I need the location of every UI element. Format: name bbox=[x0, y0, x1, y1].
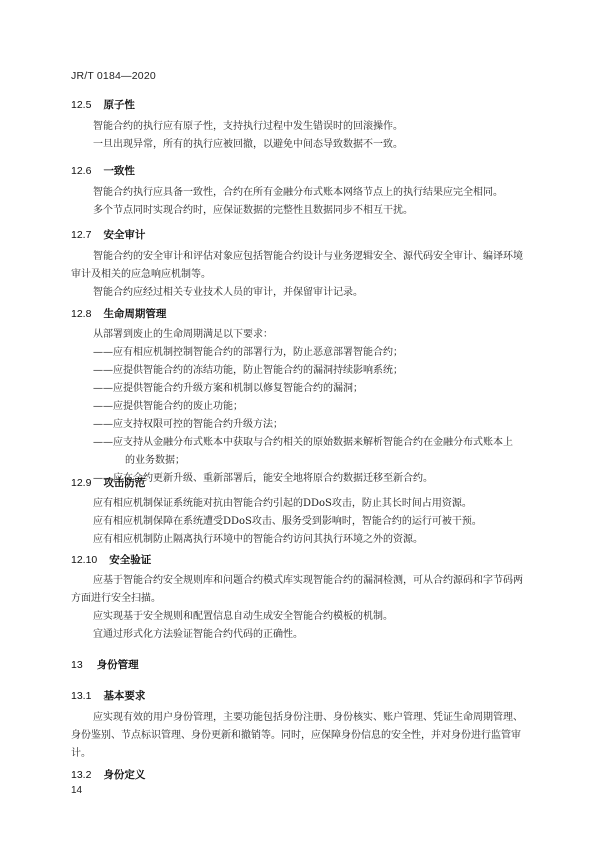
document-id-header: JR/T 0184—2020 bbox=[71, 70, 156, 82]
section-heading-13-1: 13.1基本要求 bbox=[71, 688, 145, 703]
list-item: ——应支持权限可控的智能合约升级方法； bbox=[71, 416, 533, 434]
list-item: ——应提供智能合约的废止功能； bbox=[71, 398, 533, 416]
paragraph-line: 应有相应机制保障在系统遭受DDoS攻击、服务受到影响时，智能合约的运行可被干预。 bbox=[71, 513, 533, 531]
section-title: 一致性 bbox=[103, 165, 135, 177]
section-heading-12-8: 12.8生命周期管理 bbox=[71, 306, 166, 321]
paragraph-line: 应有相应机制防止隔离执行环境中的智能合约访问其执行环境之外的资源。 bbox=[71, 531, 533, 549]
section-heading-12-5: 12.5原子性 bbox=[71, 97, 135, 112]
section-number: 12.6 bbox=[71, 165, 91, 177]
paragraph-line: 应有相应机制保证系统能对抗由智能合约引起的DDoS攻击，防止其长时间占用资源。 bbox=[71, 495, 533, 513]
section-title: 攻击防范 bbox=[103, 477, 145, 489]
list-item: ——应有相应机制控制智能合约的部署行为，防止恶意部署智能合约； bbox=[71, 344, 533, 362]
paragraph-line: 智能合约执行应具备一致性，合约在所有金融分布式账本网络节点上的执行结果应完全相同… bbox=[71, 184, 533, 202]
paragraph-line: 智能合约的执行应有原子性，支持执行过程中发生错误时的回滚操作。 bbox=[71, 118, 533, 136]
paragraph-line: 应基于智能合约安全规则库和问题合约模式库实现智能合约的漏洞检测，可从合约源码和字… bbox=[71, 572, 533, 590]
section-title: 身份定义 bbox=[103, 769, 145, 781]
document-page: JR/T 0184—2020 12.5原子性 智能合约的执行应有原子性，支持执行… bbox=[0, 0, 600, 849]
section-number: 12.10 bbox=[71, 554, 97, 566]
section-heading-12-10: 12.10安全验证 bbox=[71, 552, 151, 567]
section-number: 12.8 bbox=[71, 308, 91, 320]
paragraph-line: 一旦出现异常，所有的执行应被回撤，以避免中间态导致数据不一致。 bbox=[71, 136, 533, 154]
list-item: ——应支持从金融分布式账本中获取与合约相关的原始数据来解析智能合约在金融分布式账… bbox=[71, 434, 533, 452]
section-number: 13 bbox=[71, 659, 83, 671]
section-number: 12.7 bbox=[71, 229, 91, 241]
list-item: ——应提供智能合约的冻结功能，防止智能合约的漏洞持续影响系统； bbox=[71, 362, 533, 380]
paragraph-line: 身份鉴别、节点标识管理、身份更新和撤销等。同时，应保障身份信息的安全性，并对身份… bbox=[71, 727, 533, 745]
section-title: 安全验证 bbox=[109, 554, 151, 566]
section-body-12-10: 应基于智能合约安全规则库和问题合约模式库实现智能合约的漏洞检测，可从合约源码和字… bbox=[71, 572, 533, 644]
section-number: 13.2 bbox=[71, 769, 91, 781]
paragraph-line: 应实现有效的用户身份管理，主要功能包括身份注册、身份核实、账户管理、凭证生命周期… bbox=[71, 709, 533, 727]
paragraph-line: 从部署到废止的生命周期满足以下要求： bbox=[71, 326, 533, 344]
paragraph-line: 宜通过形式化方法验证智能合约代码的正确性。 bbox=[71, 626, 533, 644]
section-number: 12.5 bbox=[71, 99, 91, 111]
paragraph-line: 智能合约应经过相关专业技术人员的审计，并保留审计记录。 bbox=[71, 284, 533, 302]
paragraph-line: 计。 bbox=[71, 745, 533, 763]
section-title: 身份管理 bbox=[97, 659, 139, 671]
section-title: 生命周期管理 bbox=[103, 308, 166, 320]
section-title: 基本要求 bbox=[103, 690, 145, 702]
paragraph-line: 智能合约的安全审计和评估对象应包括智能合约设计与业务逻辑安全、源代码安全审计、编… bbox=[71, 248, 533, 266]
paragraph-line: 应实现基于安全规则和配置信息自动生成安全智能合约模板的机制。 bbox=[71, 608, 533, 626]
section-number: 13.1 bbox=[71, 690, 91, 702]
section-heading-12-7: 12.7安全审计 bbox=[71, 227, 145, 242]
section-title: 原子性 bbox=[103, 99, 135, 111]
section-body-12-6: 智能合约执行应具备一致性，合约在所有金融分布式账本网络节点上的执行结果应完全相同… bbox=[71, 184, 533, 220]
paragraph-line: 方面进行安全扫描。 bbox=[71, 590, 533, 608]
section-body-12-9: 应有相应机制保证系统能对抗由智能合约引起的DDoS攻击，防止其长时间占用资源。 … bbox=[71, 495, 533, 549]
section-body-12-7: 智能合约的安全审计和评估对象应包括智能合约设计与业务逻辑安全、源代码安全审计、编… bbox=[71, 248, 533, 302]
section-body-12-5: 智能合约的执行应有原子性，支持执行过程中发生错误时的回滚操作。 一旦出现异常，所… bbox=[71, 118, 533, 154]
section-number: 12.9 bbox=[71, 477, 91, 489]
list-item: ——应提供智能合约升级方案和机制以修复智能合约的漏洞； bbox=[71, 380, 533, 398]
section-heading-12-6: 12.6一致性 bbox=[71, 163, 135, 178]
section-heading-13-2: 13.2身份定义 bbox=[71, 767, 145, 782]
section-title: 安全审计 bbox=[103, 229, 145, 241]
list-item-continuation: 的业务数据； bbox=[71, 452, 533, 470]
chapter-heading-13: 13身份管理 bbox=[71, 657, 139, 672]
paragraph-line: 审计及相关的应急响应机制等。 bbox=[71, 266, 533, 284]
page-number: 14 bbox=[71, 785, 82, 796]
section-body-13-1: 应实现有效的用户身份管理，主要功能包括身份注册、身份核实、账户管理、凭证生命周期… bbox=[71, 709, 533, 763]
paragraph-line: 多个节点同时实现合约时，应保证数据的完整性且数据同步不相互干扰。 bbox=[71, 202, 533, 220]
section-heading-12-9: 12.9攻击防范 bbox=[71, 475, 145, 490]
section-body-12-8: 从部署到废止的生命周期满足以下要求： ——应有相应机制控制智能合约的部署行为，防… bbox=[71, 326, 533, 488]
